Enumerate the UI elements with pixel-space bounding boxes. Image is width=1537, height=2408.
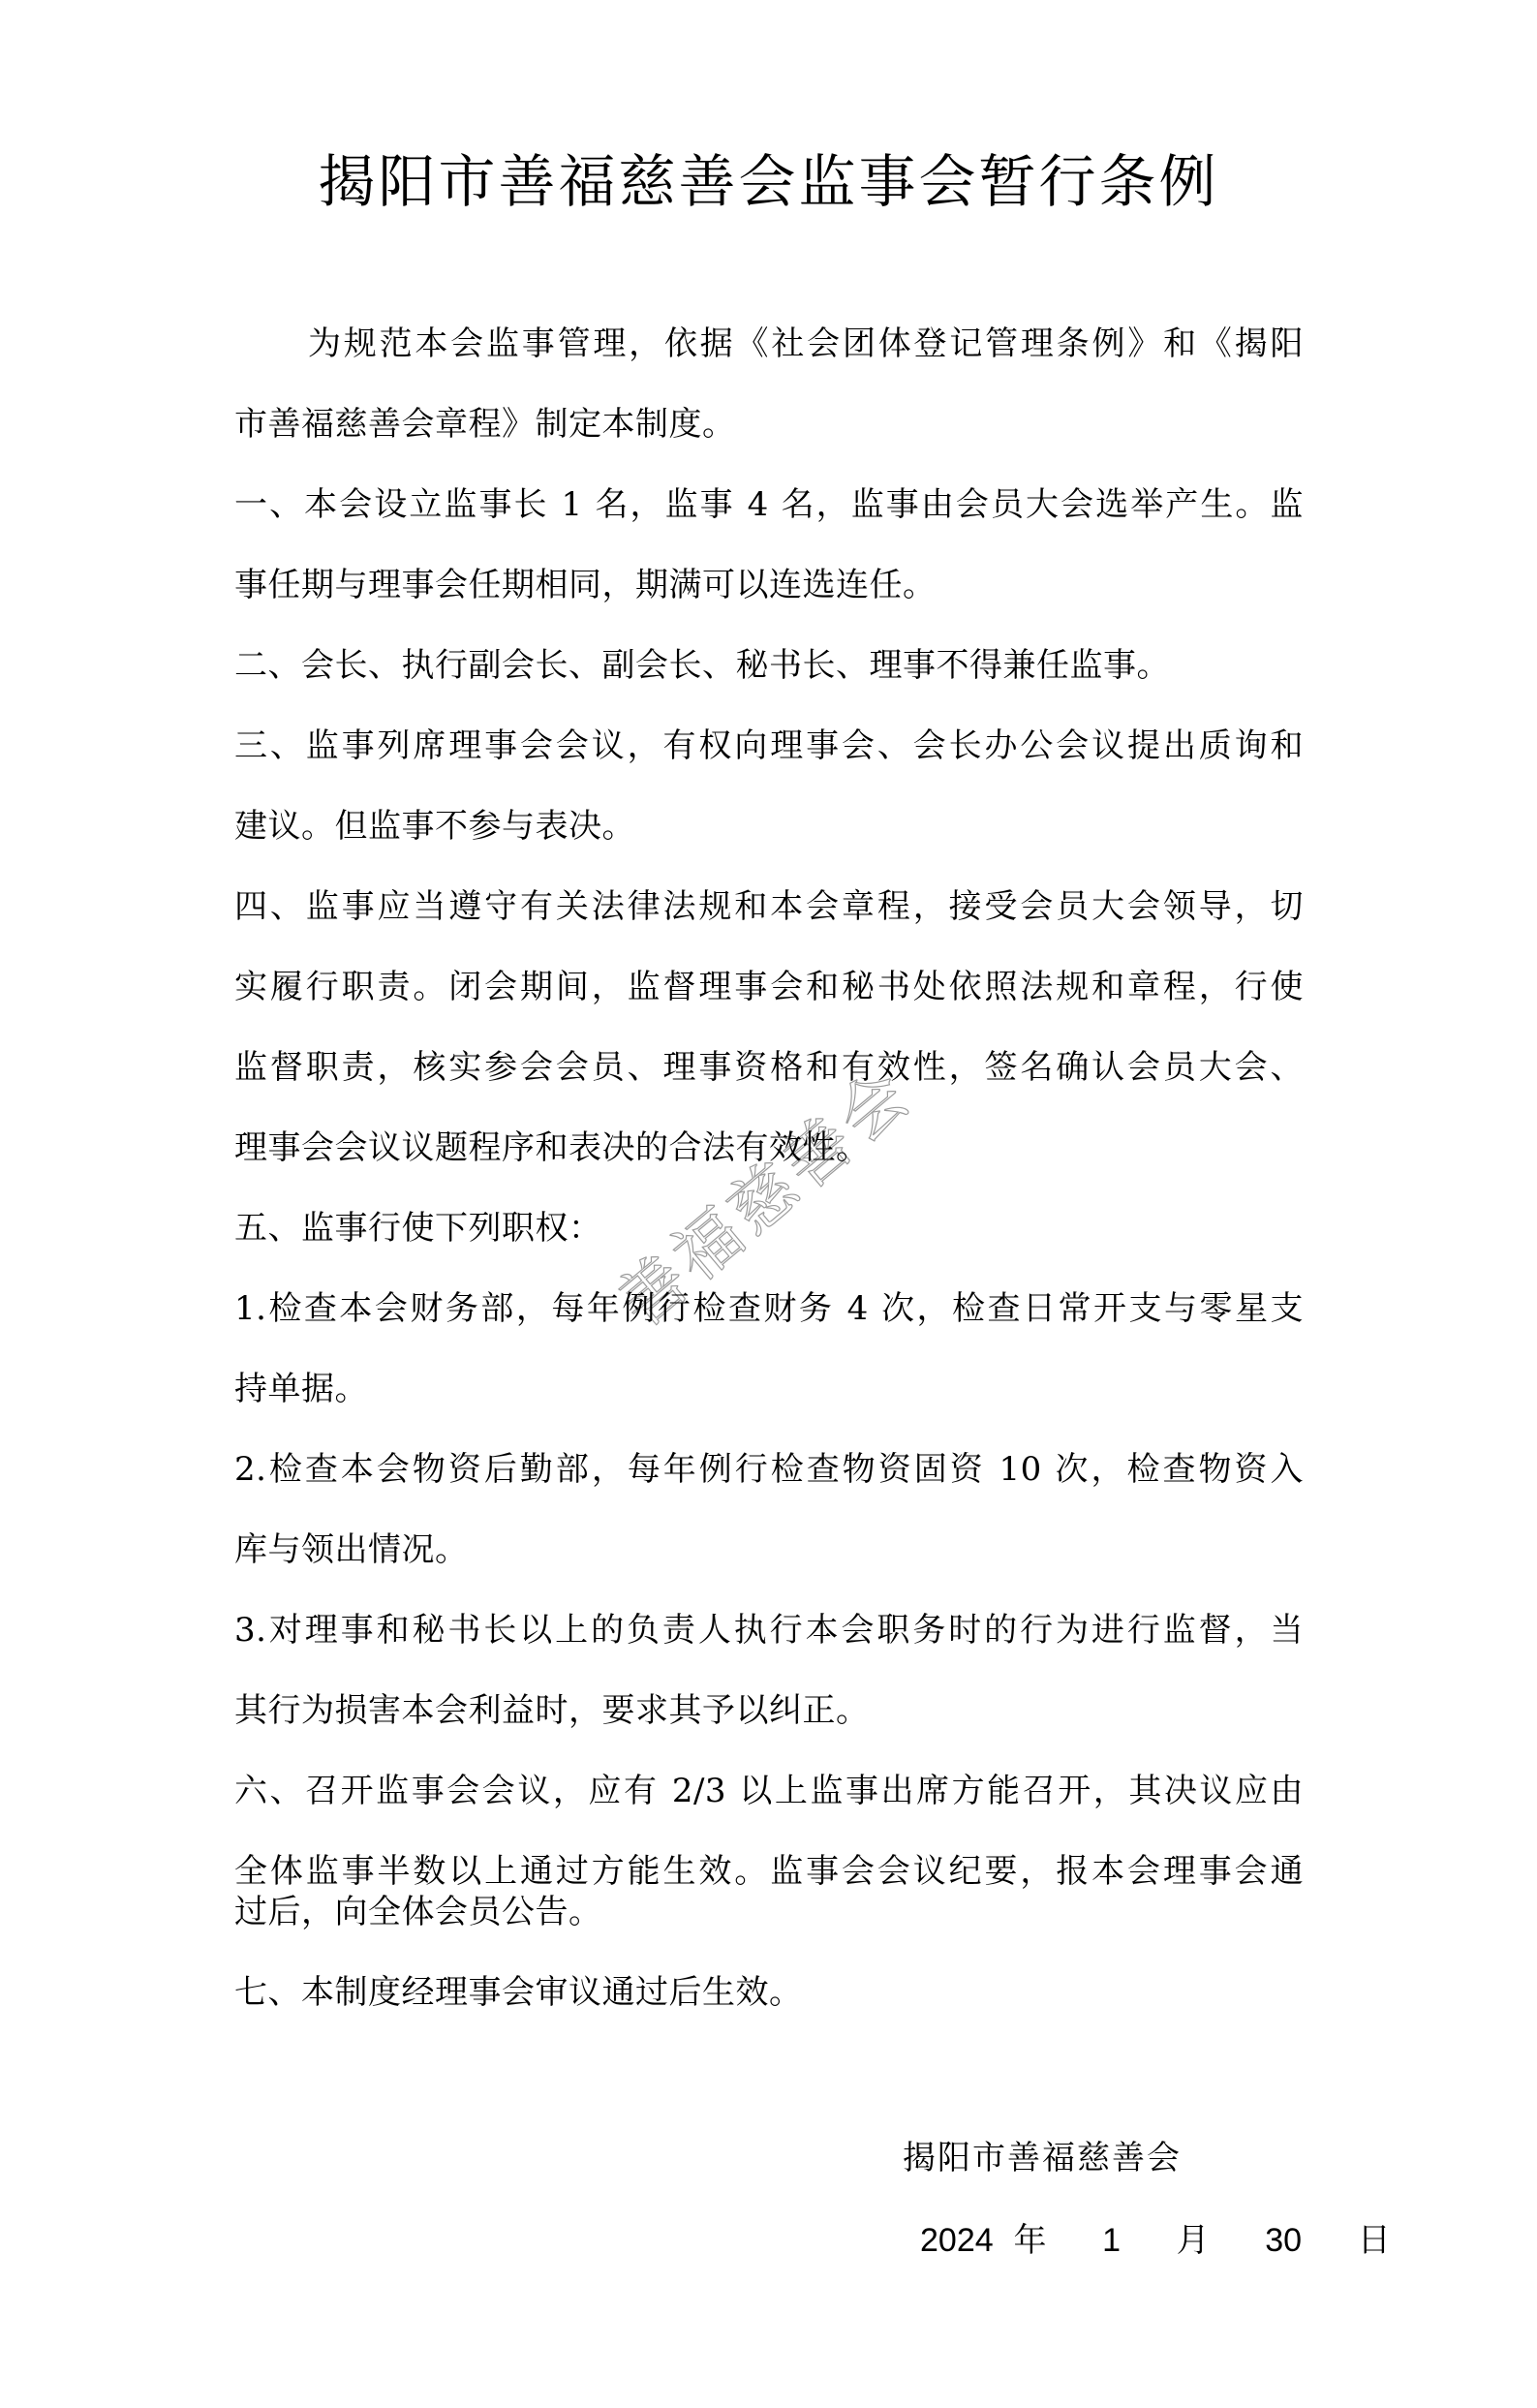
- text-line: 库与领出情况。: [234, 1510, 1304, 1590]
- text-line: 三、监事列席理事会会议，有权向理事会、会长办公会议提出质询和: [234, 706, 1304, 787]
- date-month: 1: [1102, 2222, 1121, 2259]
- text-line: 六、召开监事会会议，应有 2/3 以上监事出席方能召开，其决议应由: [234, 1751, 1304, 1832]
- text-line: 二、会长、执行副会长、副会长、秘书长、理事不得兼任监事。: [234, 626, 1304, 706]
- paragraph-article-6: 六、召开监事会会议，应有 2/3 以上监事出席方能召开，其决议应由 全体监事半数…: [234, 1751, 1304, 1934]
- paragraph-article-2: 二、会长、执行副会长、副会长、秘书长、理事不得兼任监事。: [234, 626, 1304, 706]
- paragraph-article-4: 四、监事应当遵守有关法律法规和本会章程，接受会员大会领导，切 实履行职责。闭会期…: [234, 867, 1304, 1189]
- text-line: 3.对理事和秘书长以上的负责人执行本会职务时的行为进行监督，当: [234, 1590, 1304, 1671]
- text-line: 1.检查本会财务部，每年例行检查财务 4 次，检查日常开支与零星支: [234, 1269, 1304, 1349]
- text-line: 2.检查本会物资后勤部，每年例行检查物资固资 10 次，检查物资入: [234, 1430, 1304, 1510]
- text-line: 事任期与理事会任期相同，期满可以连选连任。: [234, 545, 1304, 626]
- text-line: 其行为损害本会利益时，要求其予以纠正。: [234, 1671, 1304, 1751]
- text-line: 监督职责，核实参会会员、理事资格和有效性，签名确认会员大会、: [234, 1028, 1304, 1108]
- date-year-unit: 年: [1013, 2221, 1046, 2260]
- text-line: 一、本会设立监事长 1 名，监事 4 名，监事由会员大会选举产生。监: [234, 465, 1304, 545]
- text-line: 持单据。: [234, 1349, 1304, 1430]
- text-line: 五、监事行使下列职权：: [234, 1189, 1304, 1269]
- text-line: 四、监事应当遵守有关法律法规和本会章程，接受会员大会领导，切: [234, 867, 1304, 947]
- date-day: 30: [1265, 2222, 1302, 2259]
- paragraph-article-7: 七、本制度经理事会审议通过后生效。: [234, 1953, 1304, 2033]
- paragraph-article-5-item-2: 2.检查本会物资后勤部，每年例行检查物资固资 10 次，检查物资入 库与领出情况…: [234, 1430, 1304, 1590]
- paragraph-article-5-item-3: 3.对理事和秘书长以上的负责人执行本会职务时的行为进行监督，当 其行为损害本会利…: [234, 1590, 1304, 1751]
- signature-date: 2024 年 1 月 30 日: [920, 2211, 1391, 2269]
- text-line: 实履行职责。闭会期间，监督理事会和秘书处依照法规和章程，行使: [234, 947, 1304, 1028]
- paragraph-article-1: 一、本会设立监事长 1 名，监事 4 名，监事由会员大会选举产生。监 事任期与理…: [234, 465, 1304, 626]
- paragraph-article-5-item-1: 1.检查本会财务部，每年例行检查财务 4 次，检查日常开支与零星支 持单据。: [234, 1269, 1304, 1430]
- text-line: 过后，向全体会员公告。: [234, 1890, 1304, 1934]
- text-line: 市善福慈善会章程》制定本制度。: [234, 385, 1304, 465]
- date-day-unit: 日: [1358, 2221, 1391, 2260]
- text-line: 理事会会议议题程序和表决的合法有效性。: [234, 1108, 1304, 1189]
- paragraph-article-3: 三、监事列席理事会会议，有权向理事会、会长办公会议提出质询和 建议。但监事不参与…: [234, 706, 1304, 867]
- date-month-unit: 月: [1177, 2221, 1210, 2260]
- text-line: 为规范本会监事管理，依据《社会团体登记管理条例》和《揭阳: [234, 304, 1304, 385]
- text-line: 建议。但监事不参与表决。: [234, 787, 1304, 867]
- document-page: 揭阳市善福慈善会监事会暂行条例 善福慈善会 为规范本会监事管理，依据《社会团体登…: [0, 0, 1537, 2408]
- signature-organization: 揭阳市善福慈善会: [903, 2129, 1182, 2187]
- text-line: 七、本制度经理事会审议通过后生效。: [234, 1953, 1304, 2033]
- paragraph-intro: 为规范本会监事管理，依据《社会团体登记管理条例》和《揭阳 市善福慈善会章程》制定…: [234, 304, 1304, 465]
- document-title: 揭阳市善福慈善会监事会暂行条例: [0, 145, 1537, 219]
- text-line: 全体监事半数以上通过方能生效。监事会会议纪要，报本会理事会通: [234, 1832, 1304, 1890]
- paragraph-article-5: 五、监事行使下列职权：: [234, 1189, 1304, 1269]
- date-year: 2024: [920, 2222, 994, 2259]
